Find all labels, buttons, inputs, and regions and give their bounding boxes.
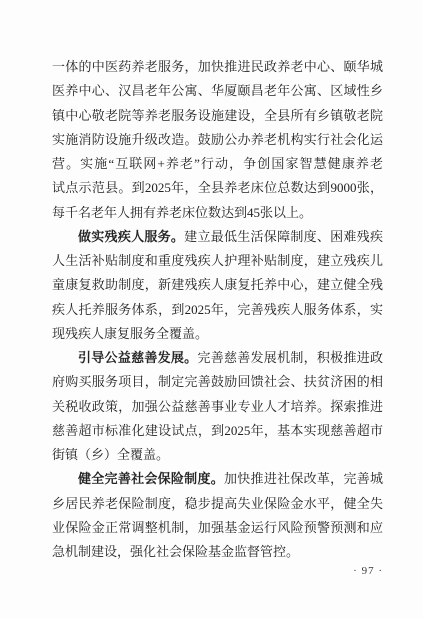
text-line: 府购买服务项目，制定完善鼓励回馈社会、扶贫济困的相 xyxy=(52,370,383,394)
text-line: 人生活补贴制度和重度残疾人护理补贴制度，建立残疾儿 xyxy=(52,249,383,273)
paragraph-text: 完善慈善发展机制，积极推进政 xyxy=(197,350,383,365)
document-page: 一体的中医药养老服务，加快推进民政养老中心、颐华城医养中心、汉昌老年公寓、华厦颐… xyxy=(0,0,423,619)
text-line: 疾人托养服务体系，到2025年，完善残疾人服务体系，实 xyxy=(52,298,383,322)
paragraph-text: 建立最低生活保障制度、困难残疾 xyxy=(184,229,383,244)
text-line: 童康复救助制度，新建残疾人康复托养中心，建立健全残 xyxy=(52,273,383,297)
text-line: 做实残疾人服务。建立最低生活保障制度、困难残疾 xyxy=(52,225,383,249)
page-number: · 97 · xyxy=(353,565,383,577)
text-line: 一体的中医药养老服务，加快推进民政养老中心、颐华城 xyxy=(52,55,383,79)
text-line: 实施消防设施升级改造。鼓励公办养老机构实行社会化运 xyxy=(52,128,383,152)
text-line: 街镇（乡）全覆盖。 xyxy=(52,443,383,467)
text-line: 关税收政策，加强公益慈善事业专业人才培养。探索推进 xyxy=(52,395,383,419)
text-line: 健全完善社会保险制度。加快推进社保改革，完善城 xyxy=(52,467,383,491)
text-line: 镇中心敬老院等养老服务设施建设，全县所有乡镇敬老院 xyxy=(52,104,383,128)
text-line: 引导公益慈善发展。完善慈善发展机制，积极推进政 xyxy=(52,346,383,370)
text-line: 医养中心、汉昌老年公寓、华厦颐昌老年公寓、区域性乡 xyxy=(52,79,383,103)
paragraph-text: 加快推进社保改革，完善城 xyxy=(224,471,383,486)
paragraph-lead: 健全完善社会保险制度。 xyxy=(78,471,224,486)
text-line: 急机制建设，强化社会保险基金监督管控。 xyxy=(52,540,383,564)
paragraph-text: 一体的中医药养老服务，加快推进民政养老中心、颐华城 xyxy=(52,59,383,74)
paragraph-lead: 做实残疾人服务。 xyxy=(78,229,184,244)
text-line: 营。实施“互联网+养老”行动，争创国家智慧健康养老 xyxy=(52,152,383,176)
text-line: 乡居民养老保险制度，稳步提高失业保险金水平，健全失 xyxy=(52,492,383,516)
text-line: 每千名老年人拥有养老床位数达到45张以上。 xyxy=(52,201,383,225)
text-line: 试点示范县。到2025年，全县养老床位总数达到9000张， xyxy=(52,176,383,200)
body-text: 一体的中医药养老服务，加快推进民政养老中心、颐华城医养中心、汉昌老年公寓、华厦颐… xyxy=(52,55,383,564)
paragraph-lead: 引导公益慈善发展。 xyxy=(78,350,197,365)
text-line: 现残疾人康复服务全覆盖。 xyxy=(52,322,383,346)
text-line: 业保险金正常调整机制，加强基金运行风险预警预测和应 xyxy=(52,516,383,540)
text-line: 慈善超市标准化建设试点，到2025年，基本实现慈善超市 xyxy=(52,419,383,443)
